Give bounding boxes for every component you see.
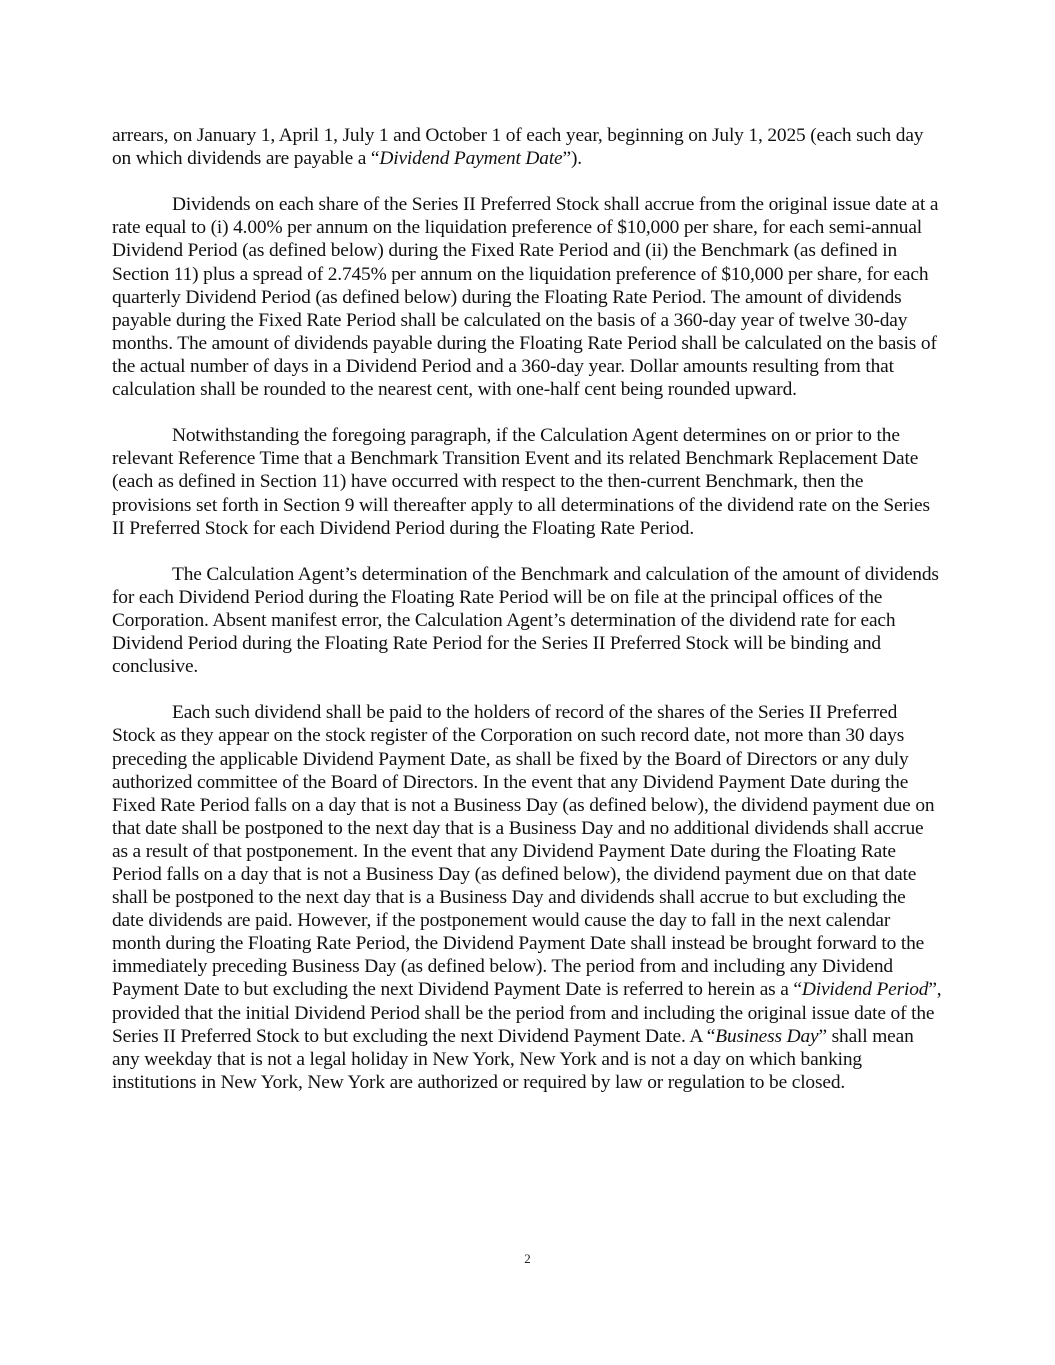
defined-term-dividend-payment-date: Dividend Payment Date xyxy=(379,148,562,169)
paragraph-benchmark-transition: Notwithstanding the foregoing paragraph,… xyxy=(112,424,942,539)
text-segment: ”). xyxy=(563,148,582,169)
defined-term-dividend-period: Dividend Period xyxy=(802,979,928,1000)
defined-term-business-day: Business Day xyxy=(715,1026,818,1047)
paragraph-record-holders: Each such dividend shall be paid to the … xyxy=(112,701,942,1094)
paragraph-calculation-agent: The Calculation Agent’s determination of… xyxy=(112,563,942,678)
text-segment: Dividends on each share of the Series II… xyxy=(112,194,938,400)
text-segment: Notwithstanding the foregoing paragraph,… xyxy=(112,425,930,538)
text-segment: Each such dividend shall be paid to the … xyxy=(112,702,934,1000)
paragraph-dividend-rate: Dividends on each share of the Series II… xyxy=(112,193,942,401)
paragraph-dividend-payment-date: arrears, on January 1, April 1, July 1 a… xyxy=(112,124,942,170)
document-page: arrears, on January 1, April 1, July 1 a… xyxy=(112,124,942,1117)
text-segment: The Calculation Agent’s determination of… xyxy=(112,564,939,677)
page-number: 2 xyxy=(0,1251,1055,1267)
